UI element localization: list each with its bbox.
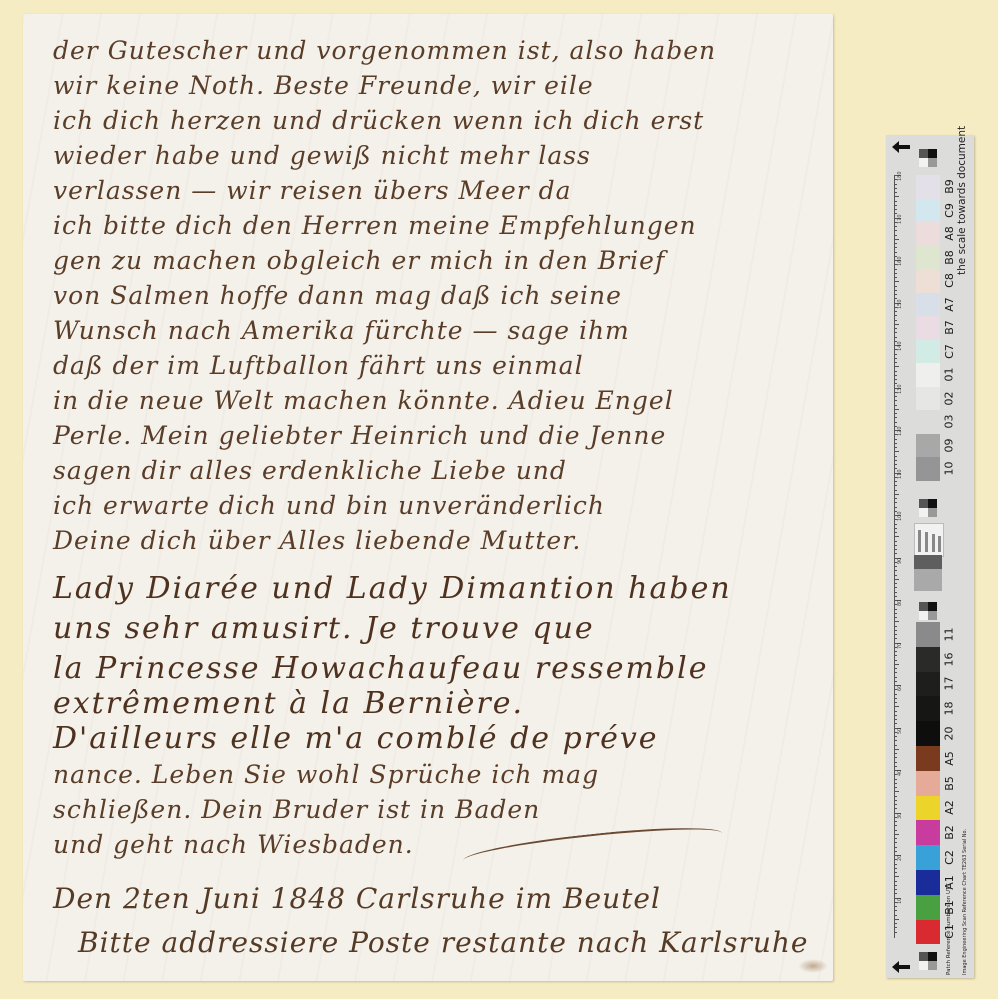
ruler-label: 50 [897, 727, 903, 733]
ruler-tick [894, 723, 897, 724]
ruler-tick [894, 872, 897, 873]
color-patch-01 [916, 363, 940, 387]
ruler-tick [894, 749, 899, 750]
ruler-tick [894, 634, 897, 635]
ruler-tick [894, 672, 897, 673]
ruler-label: 20 [897, 855, 903, 861]
color-patch-11 [916, 622, 940, 647]
ruler-tick [894, 796, 897, 797]
ruler-tick [894, 494, 899, 495]
ruler-tick [894, 791, 899, 792]
letter-line-16: nance. Leben Sie wohl Sprüche ich mag [53, 760, 599, 789]
ruler-tick [894, 549, 897, 550]
color-patch-c9 [916, 199, 940, 223]
ruler-tick [894, 532, 897, 533]
color-patch-a8 [916, 222, 940, 246]
ruler-tick [894, 702, 897, 703]
ruler-tick [894, 417, 897, 418]
ruler-label: 150 [897, 299, 903, 309]
color-patch-20 [916, 721, 940, 746]
ruler-tick [894, 838, 897, 839]
ruler-tick [894, 507, 897, 508]
ruler-tick [894, 362, 897, 363]
color-patch-09 [916, 434, 940, 458]
ruler-tick [894, 927, 897, 928]
letter-line-6: ich bitte dich den Herren meine Empfehlu… [53, 211, 697, 240]
color-patch-c2 [916, 845, 940, 870]
letter-line-9: Wunsch nach Amerika fürchte — sage ihm [53, 316, 630, 345]
ruler-tick [894, 923, 897, 924]
letter-line-8: von Salmen hoffe dann mag daß ich seine [53, 281, 622, 310]
ruler: 1801701601501401301201101009080706050403… [886, 135, 910, 978]
ruler-tick [894, 864, 897, 865]
ruler-tick [894, 808, 897, 809]
ruler-tick [894, 400, 897, 401]
patch-label: A5 [942, 746, 956, 771]
ruler-tick [894, 613, 897, 614]
ruler-tick [894, 294, 897, 295]
ruler-tick [894, 337, 897, 338]
ruler-tick [894, 405, 897, 406]
ruler-tick [894, 711, 897, 712]
ruler-tick [894, 736, 897, 737]
patch-label: C2 [942, 845, 956, 870]
ruler-tick [894, 290, 897, 291]
letter-french-line-1: Lady Diarée und Lady Dimantion haben [53, 571, 732, 606]
ruler-tick [894, 583, 897, 584]
ruler-tick [894, 413, 897, 414]
ruler-tick [894, 740, 897, 741]
ruler-tick [894, 451, 899, 452]
patch-label: B9 [942, 175, 956, 199]
ruler-label: 60 [897, 685, 903, 691]
ink-smudge [798, 959, 828, 973]
ruler-tick [894, 821, 897, 822]
ruler-tick [894, 553, 897, 554]
ruler-tick [894, 273, 897, 274]
ruler-tick [894, 396, 897, 397]
ruler-tick [894, 617, 897, 618]
patch-label: C7 [942, 340, 956, 364]
ruler-tick [894, 456, 897, 457]
patch-label: 17 [942, 672, 956, 697]
letter-line-11: in die neue Welt machen könnte. Adieu En… [53, 386, 674, 415]
ruler-tick [894, 885, 897, 886]
letter-line-12: Perle. Mein geliebter Heinrich und die J… [53, 421, 666, 450]
patch-label: 11 [942, 622, 956, 647]
patch-label: B5 [942, 771, 956, 796]
ruler-tick [894, 485, 897, 486]
ruler-tick [894, 188, 897, 189]
ruler-tick [894, 834, 899, 835]
ruler-tick [894, 881, 897, 882]
patch-label: 18 [942, 696, 956, 721]
color-patch-a7 [916, 293, 940, 317]
ruler-label: 110 [897, 469, 903, 479]
ruler-tick [894, 239, 899, 240]
letter-line-17: schließen. Dein Bruder ist in Baden [53, 795, 540, 824]
ruler-label: 80 [897, 600, 903, 606]
ruler-tick [894, 889, 897, 890]
ruler-tick [894, 209, 897, 210]
ruler-tick [894, 247, 897, 248]
ruler-label: 130 [897, 384, 903, 394]
ruler-tick [894, 575, 897, 576]
color-patch-17 [916, 672, 940, 697]
ruler-label: 90 [897, 557, 903, 563]
resolution-wedge [914, 523, 944, 557]
ruler-tick [894, 286, 897, 287]
patch-label: B7 [942, 316, 956, 340]
ruler-tick [894, 277, 897, 278]
patch-label: 01 [942, 363, 956, 387]
closing-address-line: Bitte addressiere Poste restante nach Ka… [78, 926, 808, 959]
letter-line-13: sagen dir alles erdenkliche Liebe und [53, 456, 567, 485]
letter-line-1: der Gutescher und vorgenommen ist, also … [53, 36, 716, 65]
patch-label: 03 [942, 410, 956, 434]
patch-label: 20 [942, 721, 956, 746]
color-patch-b8 [916, 246, 940, 270]
ruler-tick [894, 409, 899, 410]
ruler-tick [894, 328, 897, 329]
patch-label: 09 [942, 434, 956, 458]
gray-reference-square-lower [919, 602, 937, 620]
ruler-label: 180 [897, 171, 903, 181]
ruler-label: 70 [897, 642, 903, 648]
letter-line-18: und geht nach Wiesbaden. [53, 830, 414, 859]
ruler-tick [894, 681, 897, 682]
ruler-tick [894, 366, 899, 367]
patch-reference-text: Patch Reference numbers on UTT [946, 883, 952, 975]
ruler-label: 140 [897, 341, 903, 351]
color-patch-a2 [916, 796, 940, 821]
ruler-tick [894, 481, 897, 482]
ruler-tick [894, 201, 897, 202]
ruler-label: 40 [897, 770, 903, 776]
gray-reference-square-top [919, 149, 937, 167]
ruler-tick [894, 196, 899, 197]
ruler-tick [894, 698, 897, 699]
ruler-tick [894, 757, 897, 758]
ruler-tick [894, 660, 897, 661]
ruler-tick [894, 825, 897, 826]
ruler-tick [894, 915, 897, 916]
letter-line-10: daß der im Luftballon fährt uns einmal [53, 351, 584, 380]
ruler-tick [894, 320, 897, 321]
arrow-left-icon [892, 141, 910, 153]
patch-label: 02 [942, 387, 956, 411]
ruler-tick [894, 745, 897, 746]
ruler-tick [894, 868, 897, 869]
ruler-tick [894, 779, 897, 780]
letter-line-3: ich dich herzen und drücken wenn ich dic… [53, 106, 704, 135]
letter-line-5: verlassen — wir reisen übers Meer da [53, 176, 572, 205]
ruler-tick [894, 847, 897, 848]
ruler-tick [894, 626, 897, 627]
arrow-left-icon [892, 961, 910, 973]
letter-french-line-4: extrêmement à la Bernière. [53, 686, 524, 721]
ruler-tick [894, 592, 897, 593]
ruler-tick [894, 787, 897, 788]
ruler-tick [894, 719, 897, 720]
ruler-tick [894, 893, 897, 894]
ruler-tick [894, 668, 897, 669]
ruler-tick [894, 715, 897, 716]
ruler-tick [894, 566, 897, 567]
color-patch-03 [916, 410, 940, 434]
ruler-tick [894, 269, 897, 270]
ruler-tick [894, 630, 897, 631]
ruler-tick [894, 762, 897, 763]
ruler-tick [894, 766, 897, 767]
ruler-tick [894, 830, 897, 831]
patch-label: A7 [942, 293, 956, 317]
ruler-tick [894, 621, 899, 622]
gray-reference-square-bottom [919, 952, 937, 970]
ruler-tick [894, 447, 897, 448]
ruler-tick [894, 664, 899, 665]
color-patch-b9 [916, 175, 940, 199]
ruler-tick [894, 371, 897, 372]
ruler-tick [894, 919, 899, 920]
ruler-tick [894, 587, 897, 588]
ruler-tick [894, 851, 897, 852]
ruler-tick [894, 379, 897, 380]
ruler-tick [894, 651, 897, 652]
color-patch-b1 [916, 895, 940, 920]
ruler-tick [894, 464, 897, 465]
color-patch-a5 [916, 746, 940, 771]
letter-line-4: wieder habe und gewiß nicht mehr lass [53, 141, 591, 170]
ruler-tick [894, 354, 897, 355]
ruler-tick [894, 490, 897, 491]
ruler-tick [894, 192, 897, 193]
color-patch-c1 [916, 920, 940, 945]
letter-french-line-2: uns sehr amusirt. Je trouve que [53, 611, 595, 646]
ruler-tick [894, 800, 897, 801]
ruler-tick [894, 205, 897, 206]
ruler-label: 10 [897, 897, 903, 903]
ruler-tick [894, 536, 899, 537]
ruler-tick [894, 315, 897, 316]
ruler-tick [894, 609, 897, 610]
ruler-tick [894, 655, 897, 656]
letter-french-line-5: D'ailleurs elle m'a comblé de préve [53, 721, 659, 756]
ruler-tick [894, 638, 897, 639]
color-patch-b2 [916, 820, 940, 845]
color-patch-10 [916, 457, 940, 481]
signature-flourish [462, 820, 724, 879]
ruler-tick [894, 184, 897, 185]
ruler-tick [894, 694, 897, 695]
ruler-label: 160 [897, 256, 903, 266]
ruler-tick [894, 252, 897, 253]
ruler-tick [894, 502, 897, 503]
ruler-tick [894, 358, 897, 359]
ruler-tick [894, 804, 897, 805]
patch-label: 16 [942, 647, 956, 672]
letter-line-15: Deine dich über Alles liebende Mutter. [53, 526, 581, 555]
ruler-tick [894, 443, 897, 444]
ruler-tick [894, 281, 899, 282]
color-patch-c8 [916, 269, 940, 293]
color-calibration-strip: 1801701601501401301201101009080706050403… [886, 135, 974, 978]
ruler-tick [894, 226, 897, 227]
letter-line-14: ich erwarte dich und bin unveränderlich [53, 491, 605, 520]
ruler-tick [894, 842, 897, 843]
patch-label: C8 [942, 269, 956, 293]
patch-label: B8 [942, 246, 956, 270]
patch-label: C9 [942, 199, 956, 223]
ruler-tick [894, 596, 897, 597]
ruler-tick [894, 235, 897, 236]
ruler-tick [894, 906, 897, 907]
ruler-tick [894, 783, 897, 784]
closing-date-line: Den 2ten Juni 1848 Carlsruhe im Beutel [53, 882, 661, 915]
color-patch-a1 [916, 870, 940, 895]
ruler-tick [894, 545, 897, 546]
ruler-tick [894, 460, 897, 461]
ruler-tick [894, 910, 897, 911]
ruler-tick [894, 876, 899, 877]
maker-text: Image Engineering Scan Reference Chart T… [962, 829, 968, 975]
color-patch-b5 [916, 771, 940, 796]
color-patch-02 [916, 387, 940, 411]
color-patch-18 [916, 696, 940, 721]
ruler-tick [894, 753, 897, 754]
gray-reference-square-middle [919, 499, 937, 517]
ruler-label: 100 [897, 511, 903, 521]
letter-line-2: wir keine Noth. Beste Freunde, wir eile [53, 71, 594, 100]
ruler-label: 120 [897, 426, 903, 436]
ruler-tick [894, 524, 897, 525]
patch-label: A8 [942, 222, 956, 246]
ruler-tick [894, 706, 899, 707]
light-gray-wedge [914, 569, 942, 591]
ruler-tick [894, 439, 897, 440]
scale-instruction-text: the scale towards document [956, 126, 968, 275]
color-patch-16 [916, 647, 940, 672]
ruler-tick [894, 932, 897, 933]
letter-page: der Gutescher und vorgenommen ist, also … [23, 14, 833, 981]
ruler-tick [894, 243, 897, 244]
ruler-tick [894, 677, 897, 678]
color-patch-b7 [916, 316, 940, 340]
ruler-tick [894, 498, 897, 499]
ruler-tick [894, 311, 897, 312]
ruler-tick [894, 579, 899, 580]
ruler-tick [894, 230, 897, 231]
patch-label: A2 [942, 796, 956, 821]
ruler-label: 30 [897, 812, 903, 818]
patch-label: B2 [942, 820, 956, 845]
ruler-label: 170 [897, 214, 903, 224]
ruler-tick [894, 375, 897, 376]
patch-label: 10 [942, 457, 956, 481]
color-patch-c7 [916, 340, 940, 364]
ruler-tick [894, 324, 899, 325]
letter-line-7: gen zu machen obgleich er mich in den Br… [53, 246, 665, 275]
dark-gray-wedge [914, 555, 942, 569]
ruler-tick [894, 541, 897, 542]
ruler-tick [894, 332, 897, 333]
ruler-tick [894, 570, 897, 571]
letter-french-line-3: la Princesse Howachaufeau ressemble [53, 651, 708, 686]
ruler-tick [894, 528, 897, 529]
ruler-tick [894, 422, 897, 423]
